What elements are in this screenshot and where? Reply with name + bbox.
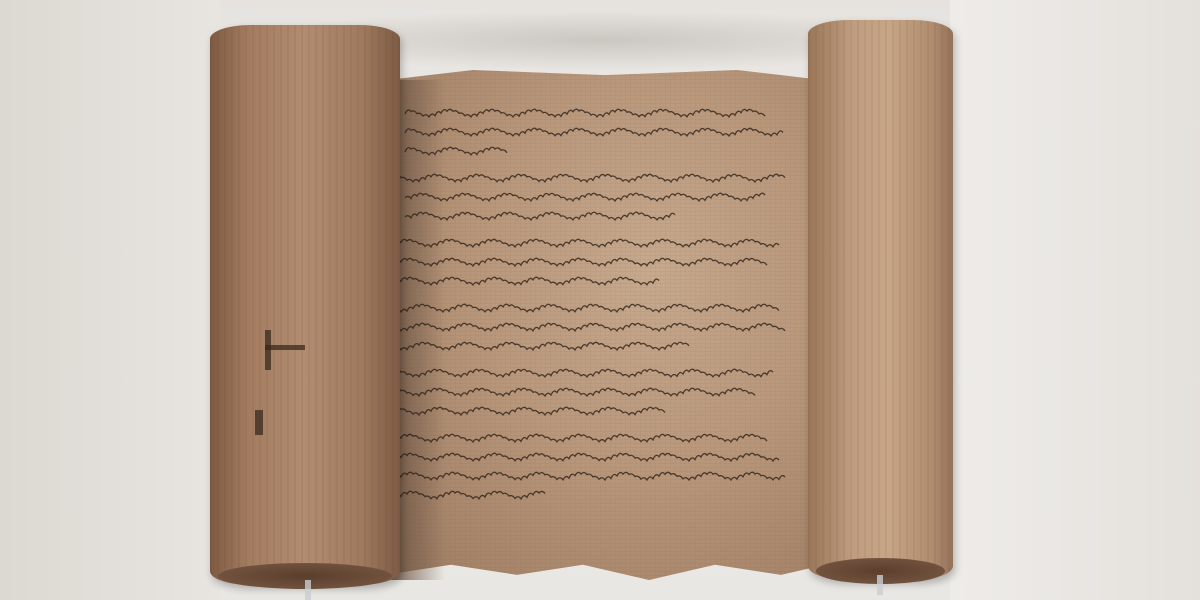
right-stand	[877, 575, 883, 595]
ink-mark	[265, 345, 305, 350]
left-roller	[210, 25, 400, 585]
ink-mark	[265, 330, 271, 370]
left-stand	[305, 580, 311, 600]
handwritten-text	[395, 100, 805, 520]
ink-mark	[255, 410, 263, 435]
backdrop-left	[0, 0, 220, 600]
script-strokes	[395, 100, 805, 520]
right-roller	[808, 20, 953, 580]
backdrop-right	[950, 0, 1200, 600]
